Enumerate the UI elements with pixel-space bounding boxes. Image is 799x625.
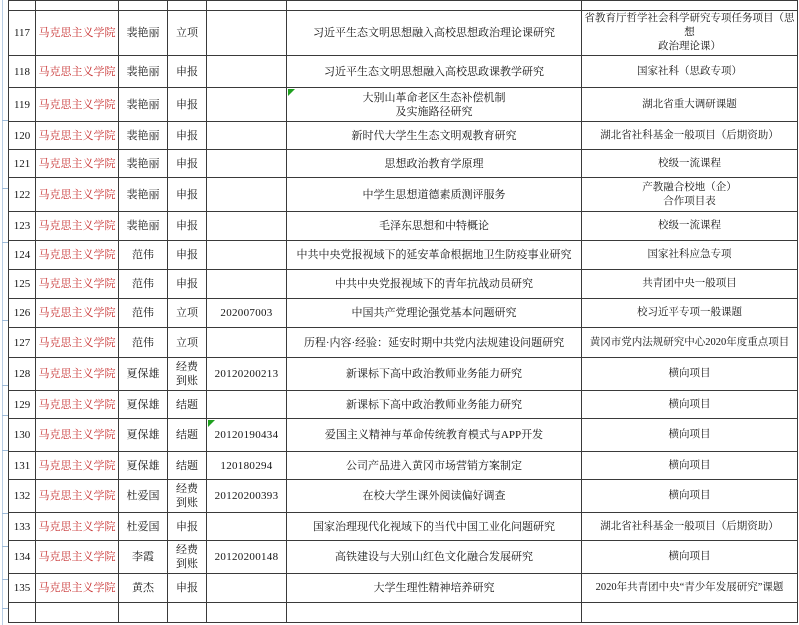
project-code-cell[interactable]: 20120200148 [207,541,287,574]
name-cell[interactable]: 裴艳丽 [119,11,168,56]
row-number-cell[interactable]: 118 [9,56,36,88]
name-cell[interactable]: 裴艳丽 [119,150,168,178]
project-title-cell[interactable]: 中国共产党理论强党基本问题研究 [287,299,582,328]
status-cell[interactable]: 经费 到账 [168,358,207,391]
college-cell[interactable]: 马克思主义学院 [36,419,119,452]
table-row: 127 马克思主义学院 范伟 立项 历程·内容·经验：延安时期中共党内法规建设问… [9,328,798,358]
name-cell[interactable]: 裴艳丽 [119,122,168,150]
college-cell[interactable]: 马克思主义学院 [36,56,119,88]
name-cell[interactable]: 夏保雄 [119,419,168,452]
category-cell[interactable]: 2020年共青团中央“青少年发展研究”课题 [582,574,798,603]
project-table: 117 马克思主义学院 裴艳丽 立项 习近平生态文明思想融入高校思想政治理论课研… [8,0,798,623]
status-cell[interactable]: 申报 [168,241,207,270]
name-cell[interactable]: 夏保雄 [119,391,168,419]
project-code-cell[interactable] [207,150,287,178]
project-title-cell[interactable]: 中共中央党报视域下的延安革命根据地卫生防疫事业研究 [287,241,582,270]
college-cell[interactable]: 马克思主义学院 [36,270,119,299]
project-title-cell[interactable]: 新时代大学生生态文明观教育研究 [287,122,582,150]
name-cell[interactable]: 李霞 [119,541,168,574]
table-row: 120 马克思主义学院 裴艳丽 申报 新时代大学生生态文明观教育研究 湖北省社科… [9,122,798,150]
project-code-cell[interactable] [207,270,287,299]
college-cell[interactable]: 马克思主义学院 [36,88,119,122]
row-number-cell[interactable]: 134 [9,541,36,574]
row-number-cell[interactable]: 129 [9,391,36,419]
status-cell[interactable]: 结题 [168,419,207,452]
row-number-cell[interactable]: 119 [9,88,36,122]
project-title-cell[interactable]: 高铁建设与大别山红色文化融合发展研究 [287,541,582,574]
table-row: 123 马克思主义学院 裴艳丽 申报 毛泽东思想和中特概论 校级一流课程 [9,212,798,241]
category-cell[interactable]: 国家社科（思政专项） [582,56,798,88]
status-cell[interactable]: 申报 [168,88,207,122]
project-code-cell[interactable] [207,56,287,88]
name-cell[interactable]: 范伟 [119,299,168,328]
project-code-cell[interactable] [207,241,287,270]
college-cell[interactable]: 马克思主义学院 [36,391,119,419]
name-cell[interactable]: 黄杰 [119,574,168,603]
table-row: 119 马克思主义学院 裴艳丽 申报 大别山革命老区生态补偿机制 及实施路径研究… [9,88,798,122]
project-code-cell[interactable]: 20120200213 [207,358,287,391]
error-flag-icon [288,89,295,96]
college-cell[interactable]: 马克思主义学院 [36,150,119,178]
category-cell[interactable]: 湖北省重大调研课题 [582,88,798,122]
college-cell[interactable]: 马克思主义学院 [36,299,119,328]
college-cell[interactable]: 马克思主义学院 [36,452,119,480]
project-title-cell[interactable]: 中学生思想道德素质测评服务 [287,178,582,212]
category-cell[interactable]: 横向项目 [582,419,798,452]
name-cell[interactable]: 裴艳丽 [119,178,168,212]
category-cell[interactable]: 横向项目 [582,358,798,391]
college-cell[interactable]: 马克思主义学院 [36,11,119,56]
partial-row-bottom [9,603,798,623]
category-cell[interactable]: 校级一流课程 [582,150,798,178]
project-title-cell[interactable]: 爱国主义精神与革命传统教育模式与APP开发 [287,419,582,452]
status-cell[interactable]: 申报 [168,574,207,603]
project-title-cell[interactable]: 在校大学生课外阅读偏好调查 [287,480,582,513]
category-cell[interactable]: 湖北省社科基金一般项目（后期资助） [582,122,798,150]
name-cell[interactable]: 裴艳丽 [119,56,168,88]
category-cell[interactable]: 黄冈市党内法规研究中心2020年度重点项目 [582,328,798,358]
status-cell[interactable]: 立项 [168,299,207,328]
college-cell[interactable]: 马克思主义学院 [36,122,119,150]
category-cell[interactable]: 横向项目 [582,391,798,419]
spreadsheet-view: 117 马克思主义学院 裴艳丽 立项 习近平生态文明思想融入高校思想政治理论课研… [0,0,799,625]
project-title-cell[interactable]: 国家治理现代化视域下的当代中国工业化问题研究 [287,513,582,541]
partial-row-top [9,1,798,11]
college-cell[interactable]: 马克思主义学院 [36,358,119,391]
project-code-cell[interactable] [207,513,287,541]
row-number-cell[interactable]: 122 [9,178,36,212]
table-row: 129 马克思主义学院 夏保雄 结题 新课标下高中政治教师业务能力研究 横向项目 [9,391,798,419]
status-cell[interactable]: 结题 [168,391,207,419]
category-cell[interactable]: 横向项目 [582,480,798,513]
table-row: 131 马克思主义学院 夏保雄 结题 120180294 公司产品进入黄冈市场营… [9,452,798,480]
status-cell[interactable]: 结题 [168,452,207,480]
project-code-cell[interactable] [207,328,287,358]
table-row: 130 马克思主义学院 夏保雄 结题 20120190434 爱国主义精神与革命… [9,419,798,452]
project-code-cell[interactable] [207,122,287,150]
status-cell[interactable]: 申报 [168,212,207,241]
table-row: 134 马克思主义学院 李霞 经费 到账 20120200148 高铁建设与大别… [9,541,798,574]
status-cell[interactable]: 立项 [168,328,207,358]
table-row: 117 马克思主义学院 裴艳丽 立项 习近平生态文明思想融入高校思想政治理论课研… [9,11,798,56]
row-number-cell[interactable]: 135 [9,574,36,603]
row-number-cell[interactable]: 128 [9,358,36,391]
category-cell[interactable]: 校级一流课程 [582,212,798,241]
project-code-cell[interactable] [207,11,287,56]
project-title-cell[interactable]: 中共中央党报视域下的青年抗战动员研究 [287,270,582,299]
status-cell[interactable]: 立项 [168,11,207,56]
project-title-cell[interactable]: 思想政治教育学原理 [287,150,582,178]
table-row: 118 马克思主义学院 裴艳丽 申报 习近平生态文明思想融入高校思政课教学研究 … [9,56,798,88]
status-cell[interactable]: 申报 [168,270,207,299]
project-code-cell[interactable] [207,178,287,212]
row-number-cell[interactable]: 117 [9,11,36,56]
sliver-gridline [2,0,3,625]
name-cell[interactable]: 范伟 [119,328,168,358]
category-cell[interactable]: 省教育厅哲学社会科学研究专项任务项目（思想 政治理论课） [582,11,798,56]
project-code-cell[interactable] [207,88,287,122]
table-row: 133 马克思主义学院 杜爱国 申报 国家治理现代化视域下的当代中国工业化问题研… [9,513,798,541]
status-cell[interactable]: 经费 到账 [168,541,207,574]
table-row: 122 马克思主义学院 裴艳丽 申报 中学生思想道德素质测评服务 产教融合校地（… [9,178,798,212]
table-row: 132 马克思主义学院 杜爱国 经费 到账 20120200393 在校大学生课… [9,480,798,513]
category-cell[interactable]: 横向项目 [582,541,798,574]
name-cell[interactable]: 夏保雄 [119,452,168,480]
college-cell[interactable]: 马克思主义学院 [36,178,119,212]
category-cell[interactable]: 国家社科应急专项 [582,241,798,270]
partial-top-rowgroup [9,1,798,11]
row-number-cell[interactable]: 124 [9,241,36,270]
name-cell[interactable]: 夏保雄 [119,358,168,391]
category-cell[interactable]: 横向项目 [582,452,798,480]
project-code-cell[interactable] [207,391,287,419]
table-row: 121 马克思主义学院 裴艳丽 申报 思想政治教育学原理 校级一流课程 [9,150,798,178]
name-cell[interactable]: 范伟 [119,241,168,270]
partial-bottom-rowgroup [9,603,798,623]
table-row: 124 马克思主义学院 范伟 申报 中共中央党报视域下的延安革命根据地卫生防疫事… [9,241,798,270]
project-table-body: 117 马克思主义学院 裴艳丽 立项 习近平生态文明思想融入高校思想政治理论课研… [9,11,798,603]
project-title-cell[interactable]: 大别山革命老区生态补偿机制 及实施路径研究 [287,88,582,122]
project-code-cell[interactable]: 202007003 [207,299,287,328]
project-title-cell[interactable]: 历程·内容·经验：延安时期中共党内法规建设问题研究 [287,328,582,358]
college-cell[interactable]: 马克思主义学院 [36,241,119,270]
name-cell[interactable]: 裴艳丽 [119,212,168,241]
row-number-cell[interactable]: 130 [9,419,36,452]
project-title-cell[interactable]: 公司产品进入黄冈市场营销方案制定 [287,452,582,480]
table-row: 128 马克思主义学院 夏保雄 经费 到账 20120200213 新课标下高中… [9,358,798,391]
college-cell[interactable]: 马克思主义学院 [36,541,119,574]
name-cell[interactable]: 裴艳丽 [119,88,168,122]
row-number-cell[interactable]: 132 [9,480,36,513]
row-number-cell[interactable]: 126 [9,299,36,328]
project-title-cell[interactable]: 毛泽东思想和中特概论 [287,212,582,241]
row-number-cell[interactable]: 123 [9,212,36,241]
project-title-cell[interactable]: 新课标下高中政治教师业务能力研究 [287,391,582,419]
project-code-cell[interactable] [207,574,287,603]
name-cell[interactable]: 杜爱国 [119,513,168,541]
project-title-cell[interactable]: 新课标下高中政治教师业务能力研究 [287,358,582,391]
project-code-cell[interactable]: 20120200393 [207,480,287,513]
college-cell[interactable]: 马克思主义学院 [36,212,119,241]
row-number-cell[interactable]: 133 [9,513,36,541]
row-number-cell[interactable]: 131 [9,452,36,480]
category-cell[interactable]: 产教融合校地（企） 合作项目表 [582,178,798,212]
project-code-cell[interactable] [207,212,287,241]
category-cell[interactable]: 共青团中央一般项目 [582,270,798,299]
status-cell[interactable]: 申报 [168,178,207,212]
table-row: 126 马克思主义学院 范伟 立项 202007003 中国共产党理论强党基本问… [9,299,798,328]
college-cell[interactable]: 马克思主义学院 [36,574,119,603]
row-number-cell[interactable]: 127 [9,328,36,358]
status-cell[interactable]: 经费 到账 [168,480,207,513]
status-cell[interactable]: 申报 [168,122,207,150]
category-cell[interactable]: 校习近平专项一般课题 [582,299,798,328]
row-number-cell[interactable]: 121 [9,150,36,178]
project-code-cell[interactable]: 120180294 [207,452,287,480]
project-title-cell[interactable]: 习近平生态文明思想融入高校思想政治理论课研究 [287,11,582,56]
status-cell[interactable]: 申报 [168,56,207,88]
project-title-cell[interactable]: 大学生理性精神培养研究 [287,574,582,603]
status-cell[interactable]: 申报 [168,513,207,541]
project-code-cell[interactable]: 20120190434 [207,419,287,452]
row-number-cell[interactable]: 125 [9,270,36,299]
name-cell[interactable]: 杜爱国 [119,480,168,513]
college-cell[interactable]: 马克思主义学院 [36,480,119,513]
project-title-cell[interactable]: 习近平生态文明思想融入高校思政课教学研究 [287,56,582,88]
row-number-cell[interactable]: 120 [9,122,36,150]
college-cell[interactable]: 马克思主义学院 [36,328,119,358]
name-cell[interactable]: 范伟 [119,270,168,299]
college-cell[interactable]: 马克思主义学院 [36,513,119,541]
status-cell[interactable]: 申报 [168,150,207,178]
table-row: 135 马克思主义学院 黄杰 申报 大学生理性精神培养研究 2020年共青团中央… [9,574,798,603]
error-flag-icon [208,420,215,427]
table-row: 125 马克思主义学院 范伟 申报 中共中央党报视域下的青年抗战动员研究 共青团… [9,270,798,299]
left-gridline-sliver [0,0,8,625]
category-cell[interactable]: 湖北省社科基金一般项目（后期资助） [582,513,798,541]
